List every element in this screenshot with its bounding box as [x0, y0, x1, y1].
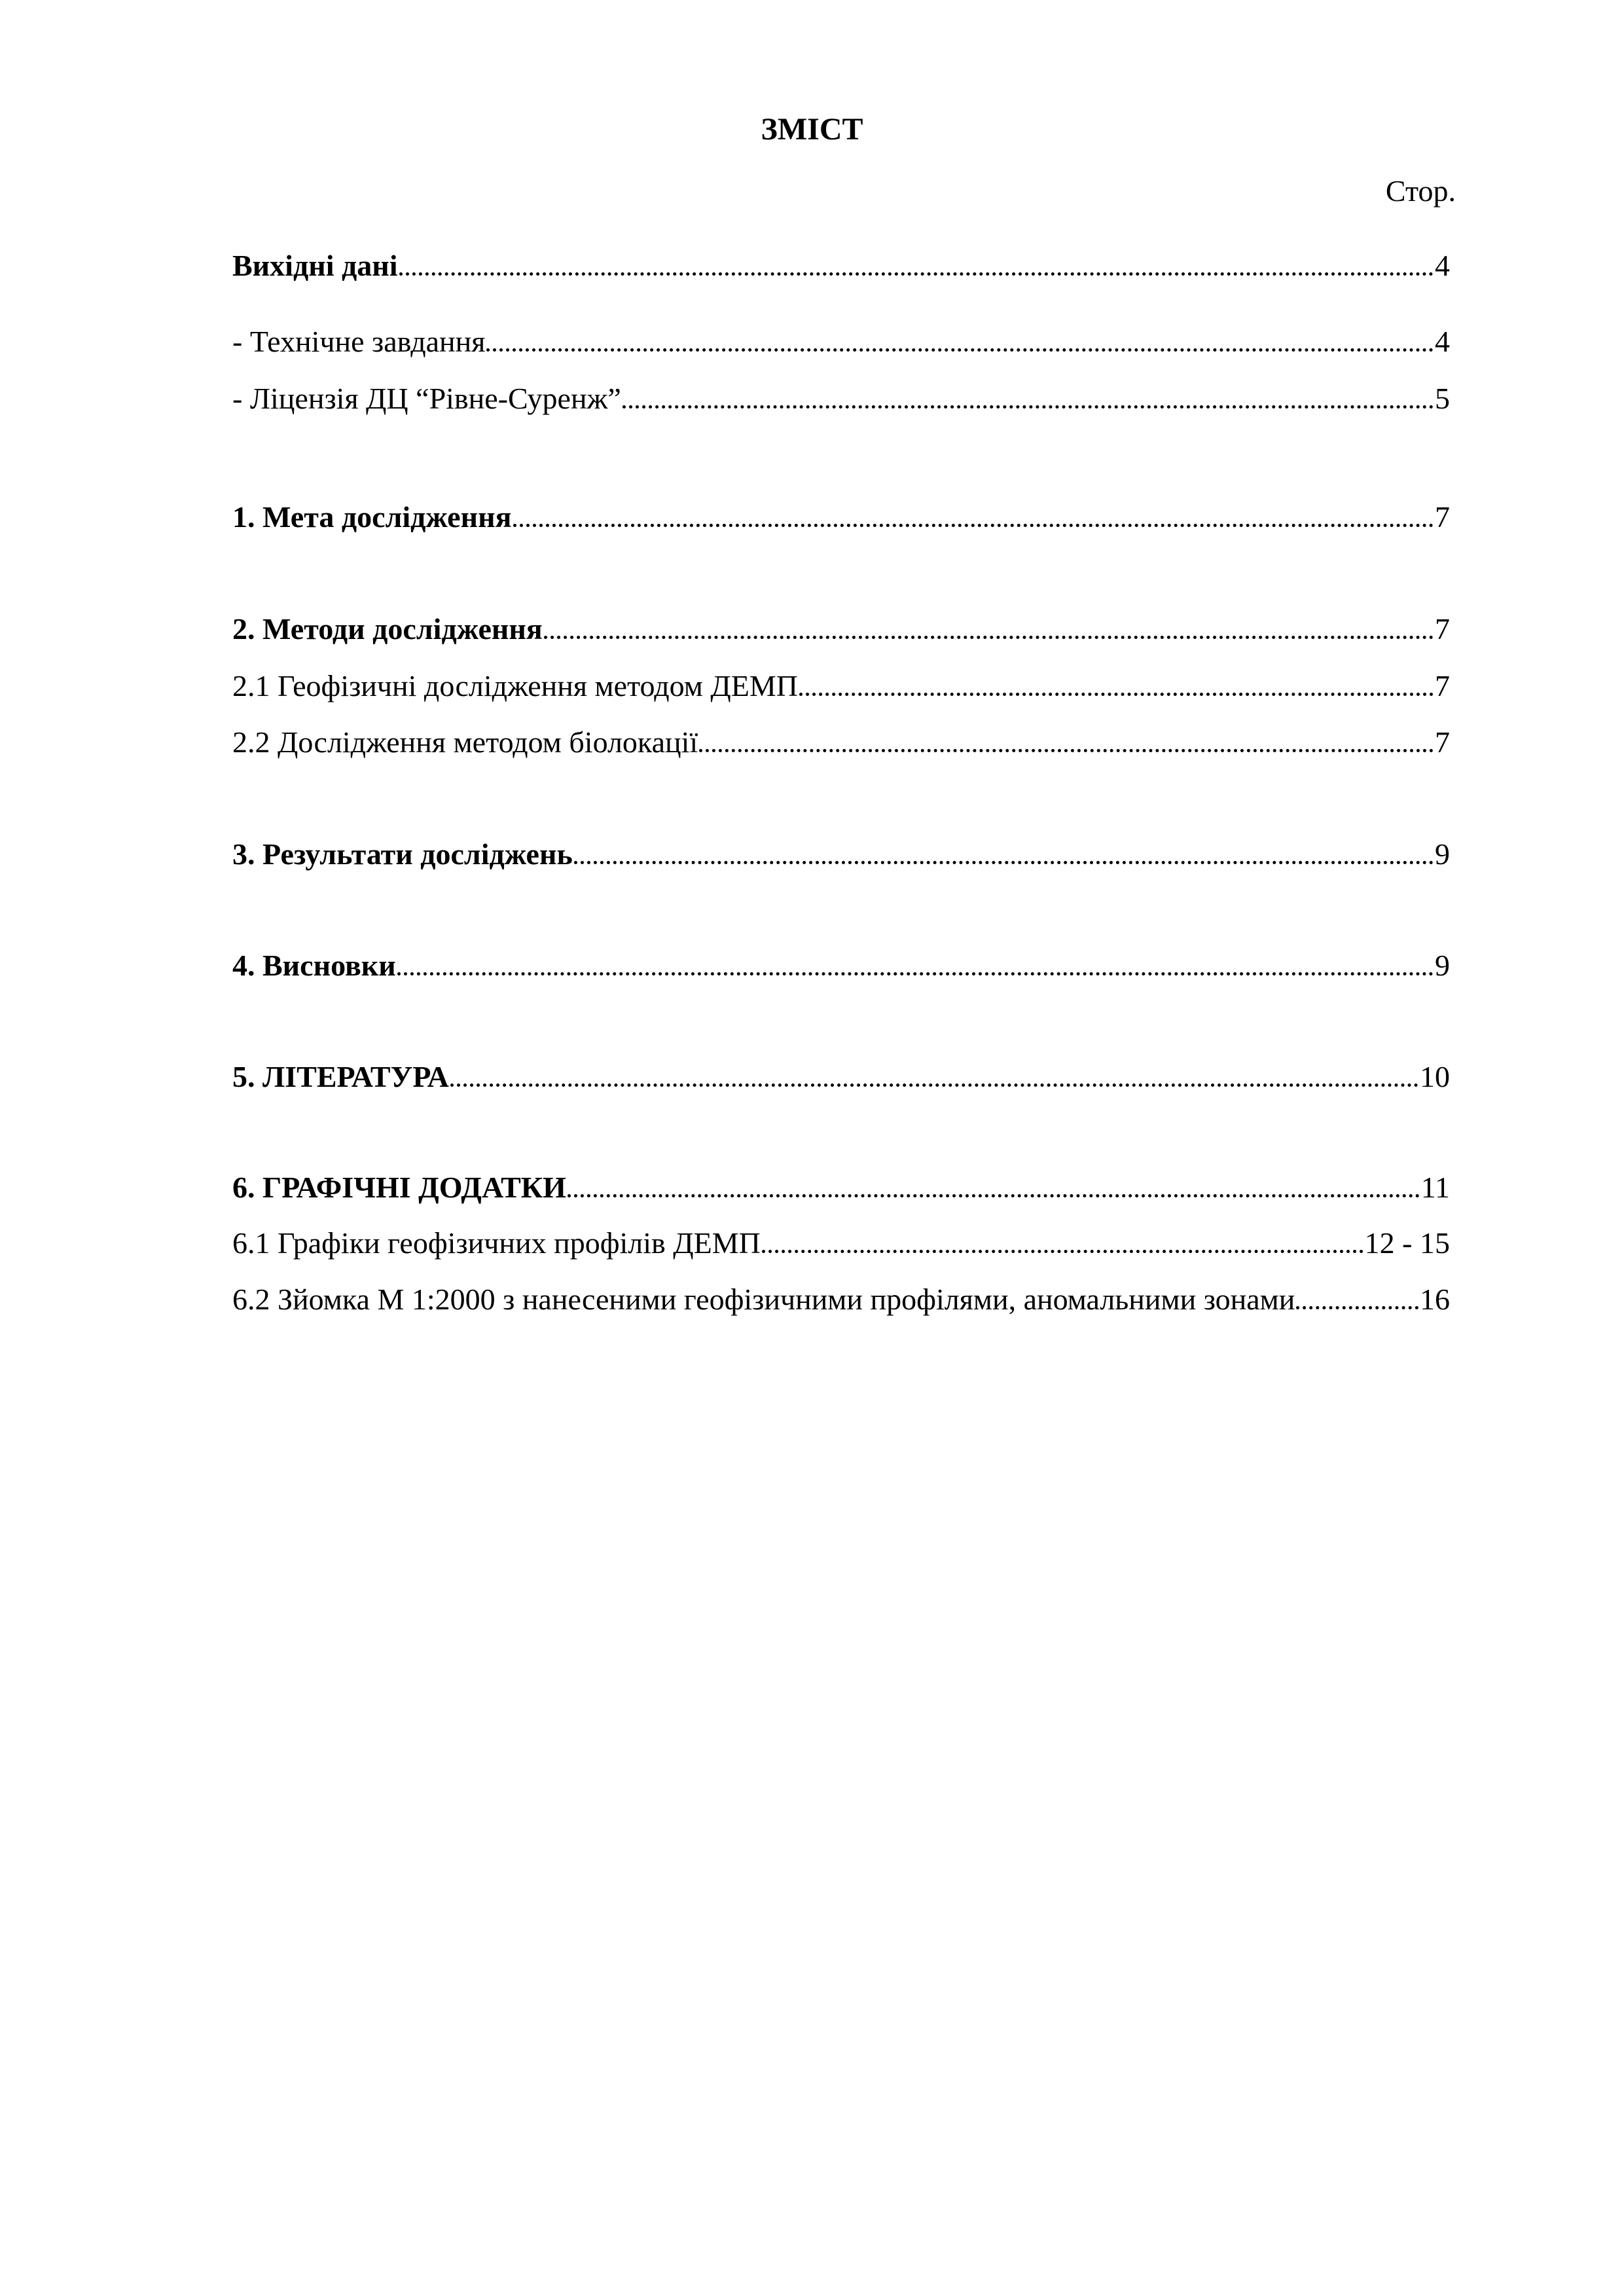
dot-leader: [397, 968, 1434, 975]
toc-entry-graphic-appendices[interactable]: 6. ГРАФІЧНІ ДОДАТКИ 11: [232, 1169, 1450, 1206]
dot-leader: [1296, 1302, 1418, 1309]
toc-entry-results[interactable]: 3. Результати досліджень 9: [232, 836, 1450, 873]
dot-leader: [486, 344, 1434, 352]
page-column-label: Стор.: [1386, 173, 1456, 208]
toc-entry-page: 11: [1421, 1169, 1450, 1206]
toc-entry-research-goal[interactable]: 1. Мета дослідження 7: [232, 499, 1450, 536]
toc-entry-label: 6.1 Графіки геофізичних профілів ДЕМП: [232, 1225, 761, 1262]
toc-entry-survey-map[interactable]: 6.2 Зйомка М 1:2000 з нанесеними геофізи…: [232, 1281, 1450, 1318]
toc-entry-biolocation[interactable]: 2.2 Дослідження методом біолокації 7: [232, 724, 1450, 761]
toc-entry-label: 6. ГРАФІЧНІ ДОДАТКИ: [232, 1169, 566, 1206]
toc-entry-literature[interactable]: 5. ЛІТЕРАТУРА 10: [232, 1059, 1450, 1095]
toc-entry-label: Вихідні дані: [232, 247, 398, 284]
toc-entry-research-methods[interactable]: 2. Методи дослідження 7: [232, 611, 1450, 647]
toc-entry-geophysical-demp[interactable]: 2.1 Геофізичні дослідження методом ДЕМП …: [232, 668, 1450, 704]
toc-entry-label: 3. Результати досліджень: [232, 836, 573, 873]
toc-entry-page: 9: [1435, 947, 1450, 984]
toc-entry-page: 9: [1435, 836, 1450, 873]
toc-entry-license[interactable]: - Ліцензія ДЦ “Рівне-Суренж” 5: [232, 380, 1450, 417]
toc-entry-page: 16: [1420, 1281, 1450, 1318]
dot-leader: [399, 268, 1434, 276]
toc-entry-label: 4. Висновки: [232, 947, 396, 984]
toc-entry-label: - Технічне завдання: [232, 323, 485, 360]
toc-entry-label: 2.1 Геофізичні дослідження методом ДЕМП: [232, 668, 798, 704]
toc-entry-page: 12 - 15: [1365, 1225, 1450, 1262]
dot-leader: [544, 631, 1434, 639]
toc-entry-page: 4: [1435, 323, 1450, 360]
toc-entry-page: 7: [1435, 499, 1450, 536]
toc-entry-page: 7: [1435, 611, 1450, 647]
toc-entry-label: 5. ЛІТЕРАТУРА: [232, 1059, 449, 1095]
dot-leader: [568, 1190, 1420, 1197]
dot-leader: [623, 401, 1434, 409]
dot-leader: [450, 1079, 1418, 1087]
toc-entry-label: - Ліцензія ДЦ “Рівне-Суренж”: [232, 380, 621, 417]
toc-entry-page: 7: [1435, 724, 1450, 761]
dot-leader: [513, 519, 1434, 527]
toc-entry-demp-profiles[interactable]: 6.1 Графіки геофізичних профілів ДЕМП 12…: [232, 1225, 1450, 1262]
toc-entry-technical-task[interactable]: - Технічне завдання 4: [232, 323, 1450, 360]
dot-leader: [762, 1245, 1363, 1253]
dot-leader: [699, 744, 1434, 752]
toc-entry-conclusions[interactable]: 4. Висновки 9: [232, 947, 1450, 984]
toc-entry-page: 4: [1435, 247, 1450, 284]
toc-entry-label: 1. Мета дослідження: [232, 499, 512, 536]
toc-entry-label: 2.2 Дослідження методом біолокації: [232, 724, 698, 761]
dot-leader: [799, 688, 1434, 696]
toc-entry-initial-data[interactable]: Вихідні дані 4: [232, 247, 1450, 284]
toc-entry-label: 2. Методи дослідження: [232, 611, 543, 647]
dot-leader: [574, 856, 1434, 864]
toc-title: ЗМІСТ: [0, 111, 1624, 147]
toc-entry-label: 6.2 Зйомка М 1:2000 з нанесеними геофізи…: [232, 1281, 1295, 1318]
toc-entry-page: 7: [1435, 668, 1450, 704]
toc-entry-page: 5: [1435, 380, 1450, 417]
toc-entry-page: 10: [1420, 1059, 1450, 1095]
